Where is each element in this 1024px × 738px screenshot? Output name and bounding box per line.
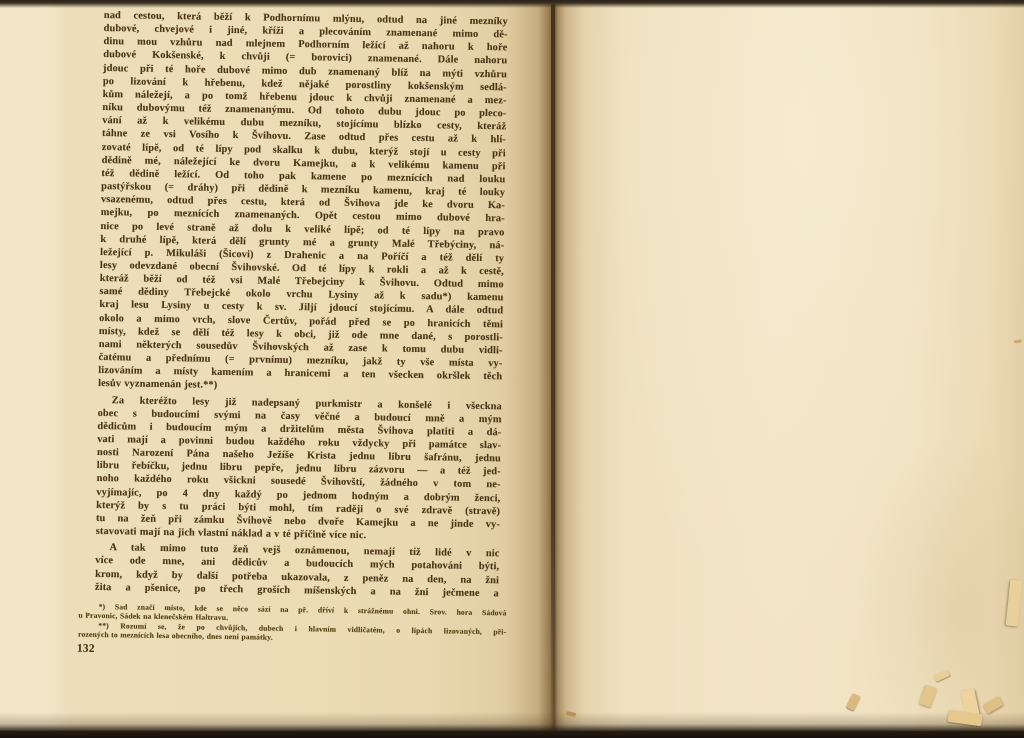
book-gutter [551, 0, 555, 712]
left-paragraphs: nad cestou, která běží k Podhornímu mlýn… [95, 9, 508, 600]
paper-sheen [554, 0, 1024, 731]
left-page-text: nad cestou, která běží k Podhornímu mlýn… [94, 9, 508, 662]
photo-top-edge [0, 0, 1024, 8]
book-photo: nad cestou, která běží k Podhornímu mlýn… [0, 0, 1024, 738]
left-footnotes: *) Sad značí místo, kde se něco sází na … [78, 602, 507, 646]
paragraph: A tak mimo tuto žeň vejš oznámenou, nema… [95, 541, 500, 600]
paper-stain [854, 430, 1024, 730]
right-page: ovsa po třech krejcařích k zdravě panské… [554, 0, 1024, 731]
left-page: nad cestou, která běží k Podhornímu mlýn… [0, 0, 554, 731]
paragraph: Za kteréžto lesy již nadepsaný purkmistr… [96, 393, 502, 544]
paragraph: nad cestou, která běží k Podhornímu mlýn… [98, 9, 508, 397]
photo-bottom-edge [0, 712, 1024, 738]
page-number-left: 132 [77, 642, 498, 662]
